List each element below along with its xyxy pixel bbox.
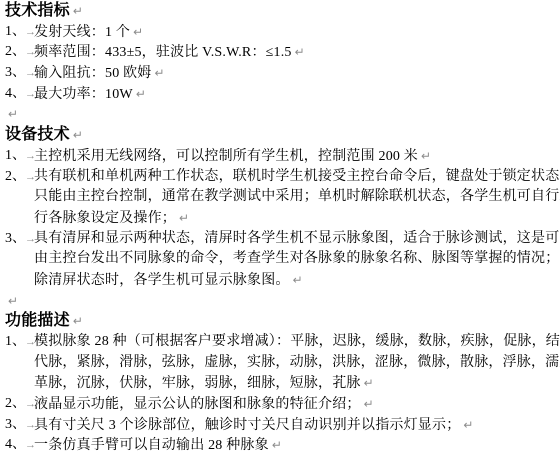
document-lines: 技术指标↵1、→发射天线：1 个↵2、→频率范围：433±5，驻波比 V.S.W… bbox=[0, 0, 560, 456]
list-number: 3、 bbox=[5, 63, 26, 84]
line-text: 具有寸关尺 3 个诊脉部位，触诊时寸关尺自动识别并以指示灯显示； bbox=[34, 418, 460, 433]
document-page[interactable]: 技术指标↵1、→发射天线：1 个↵2、→频率范围：433±5，驻波比 V.S.W… bbox=[0, 0, 560, 457]
heading-line: 技术指标↵ bbox=[0, 1, 560, 22]
text-line: 1、→主控机采用无线网络，可以控制所有学生机，控制范围 200 米↵ bbox=[0, 146, 560, 167]
line-text: 发射天线：1 个 bbox=[34, 25, 130, 40]
heading-line: 功能描述↵ bbox=[0, 311, 560, 332]
tab-mark-icon: → bbox=[25, 84, 36, 105]
paragraph-mark-icon: ↵ bbox=[73, 128, 83, 142]
section-heading-text: 技术指标 bbox=[5, 2, 70, 19]
heading-line: 设备技术↵ bbox=[0, 125, 560, 146]
paragraph-mark-icon: ↵ bbox=[293, 273, 303, 287]
paragraph-mark-icon: ↵ bbox=[179, 211, 189, 225]
text-line: 只能由主控台控制，通常在教学测试中采用；单机时解除联机状态，各学生机可自行进 bbox=[0, 187, 560, 208]
list-number: 4、 bbox=[5, 84, 26, 105]
line-text: 主控机采用无线网络，可以控制所有学生机，控制范围 200 米 bbox=[34, 149, 418, 164]
line-text: 代脉，紧脉，滑脉，弦脉，虚脉，实脉，动脉，洪脉，涩脉，微脉，散脉，浮脉，濡脉， bbox=[34, 355, 560, 370]
tab-mark-icon: → bbox=[25, 22, 36, 43]
paragraph-mark-icon: ↵ bbox=[295, 45, 305, 59]
list-number: 3、 bbox=[5, 415, 26, 436]
line-text: 行各脉象设定及操作； bbox=[34, 211, 176, 226]
line-text: 频率范围：433±5，驻波比 V.S.W.R：≤1.5 bbox=[34, 45, 292, 60]
line-text: 除清屏状态时，各学生机可显示脉象图。 bbox=[34, 273, 290, 288]
paragraph-mark-icon: ↵ bbox=[272, 438, 282, 452]
tab-mark-icon: → bbox=[25, 167, 36, 188]
paragraph-mark-icon: ↵ bbox=[73, 314, 83, 328]
paragraph-mark-icon: ↵ bbox=[155, 66, 165, 80]
tab-mark-icon: → bbox=[25, 146, 36, 167]
paragraph-mark-icon: ↵ bbox=[421, 149, 431, 163]
list-number: 1、 bbox=[5, 22, 26, 43]
list-number: 2、 bbox=[5, 394, 26, 415]
paragraph-mark-icon: ↵ bbox=[8, 107, 18, 121]
list-number: 1、 bbox=[5, 332, 26, 353]
text-line: 3、→具有清屏和显示两种状态，清屏时各学生机不显示脉象图，适合于脉诊测试，这是可… bbox=[0, 229, 560, 250]
text-line: 由主控台发出不同脉象的命令，考查学生对各脉象的脉象名称、脉图等掌握的情况；解 bbox=[0, 249, 560, 270]
line-text: 模拟脉象 28 种（可根据客户要求增减）：平脉，迟脉，缓脉，数脉，疾脉，促脉，结… bbox=[34, 334, 560, 349]
text-line: 1、→发射天线：1 个↵ bbox=[0, 22, 560, 43]
text-line: 1、→模拟脉象 28 种（可根据客户要求增减）：平脉，迟脉，缓脉，数脉，疾脉，促… bbox=[0, 332, 560, 353]
tab-mark-icon: → bbox=[25, 332, 36, 353]
tab-mark-icon: → bbox=[25, 42, 36, 63]
list-number: 3、 bbox=[5, 229, 26, 250]
tab-mark-icon: → bbox=[25, 63, 36, 84]
line-text: 最大功率：10W bbox=[34, 87, 133, 102]
tab-mark-icon: → bbox=[25, 229, 36, 250]
text-line: 2、→共有联机和单机两种工作状态，联机时学生机接受主控台命令后，键盘处于锁定状态… bbox=[0, 167, 560, 188]
text-line: 4、→一条仿真手臂可以自动输出 28 种脉象↵ bbox=[0, 435, 560, 456]
text-line: 2、→频率范围：433±5，驻波比 V.S.W.R：≤1.5↵ bbox=[0, 42, 560, 63]
text-line: 4、→最大功率：10W↵ bbox=[0, 84, 560, 105]
empty-line: ↵ bbox=[0, 104, 560, 125]
tab-mark-icon: → bbox=[25, 415, 36, 436]
line-text: 输入阻抗：50 欧姆 bbox=[34, 66, 152, 81]
paragraph-mark-icon: ↵ bbox=[133, 25, 143, 39]
line-text: 具有清屏和显示两种状态，清屏时各学生机不显示脉象图，适合于脉诊测试，这是可以 bbox=[34, 231, 560, 246]
paragraph-mark-icon: ↵ bbox=[73, 4, 83, 18]
list-number: 2、 bbox=[5, 167, 26, 188]
section-heading-text: 功能描述 bbox=[5, 312, 70, 329]
text-line: 除清屏状态时，各学生机可显示脉象图。↵ bbox=[0, 270, 560, 291]
line-text: 革脉，沉脉，伏脉，牢脉，弱脉，细脉，短脉，芤脉 bbox=[34, 376, 361, 391]
text-line: 革脉，沉脉，伏脉，牢脉，弱脉，细脉，短脉，芤脉↵ bbox=[0, 373, 560, 394]
line-text: 液晶显示功能，显示公认的脉图和脉象的特征介绍； bbox=[34, 397, 361, 412]
tab-mark-icon: → bbox=[25, 435, 36, 456]
list-number: 1、 bbox=[5, 146, 26, 167]
paragraph-mark-icon: ↵ bbox=[463, 418, 473, 432]
text-line: 3、→具有寸关尺 3 个诊脉部位，触诊时寸关尺自动识别并以指示灯显示；↵ bbox=[0, 415, 560, 436]
line-text: 只能由主控台控制，通常在教学测试中采用；单机时解除联机状态，各学生机可自行进 bbox=[34, 189, 560, 204]
line-text: 一条仿真手臂可以自动输出 28 种脉象 bbox=[34, 438, 269, 453]
text-line: 3、→输入阻抗：50 欧姆↵ bbox=[0, 63, 560, 84]
text-line: 行各脉象设定及操作；↵ bbox=[0, 208, 560, 229]
text-line: 代脉，紧脉，滑脉，弦脉，虚脉，实脉，动脉，洪脉，涩脉，微脉，散脉，浮脉，濡脉， bbox=[0, 353, 560, 374]
paragraph-mark-icon: ↵ bbox=[136, 87, 146, 101]
text-line: 2、→液晶显示功能，显示公认的脉图和脉象的特征介绍；↵ bbox=[0, 394, 560, 415]
section-heading-text: 设备技术 bbox=[5, 126, 70, 143]
line-text: 由主控台发出不同脉象的命令，考查学生对各脉象的脉象名称、脉图等掌握的情况；解 bbox=[34, 251, 560, 266]
line-text: 共有联机和单机两种工作状态，联机时学生机接受主控台命令后，键盘处于锁定状态， bbox=[34, 169, 560, 184]
paragraph-mark-icon: ↵ bbox=[364, 376, 374, 390]
empty-line: ↵ bbox=[0, 291, 560, 312]
list-number: 4、 bbox=[5, 435, 26, 456]
tab-mark-icon: → bbox=[25, 394, 36, 415]
paragraph-mark-icon: ↵ bbox=[364, 397, 374, 411]
paragraph-mark-icon: ↵ bbox=[8, 294, 18, 308]
list-number: 2、 bbox=[5, 42, 26, 63]
